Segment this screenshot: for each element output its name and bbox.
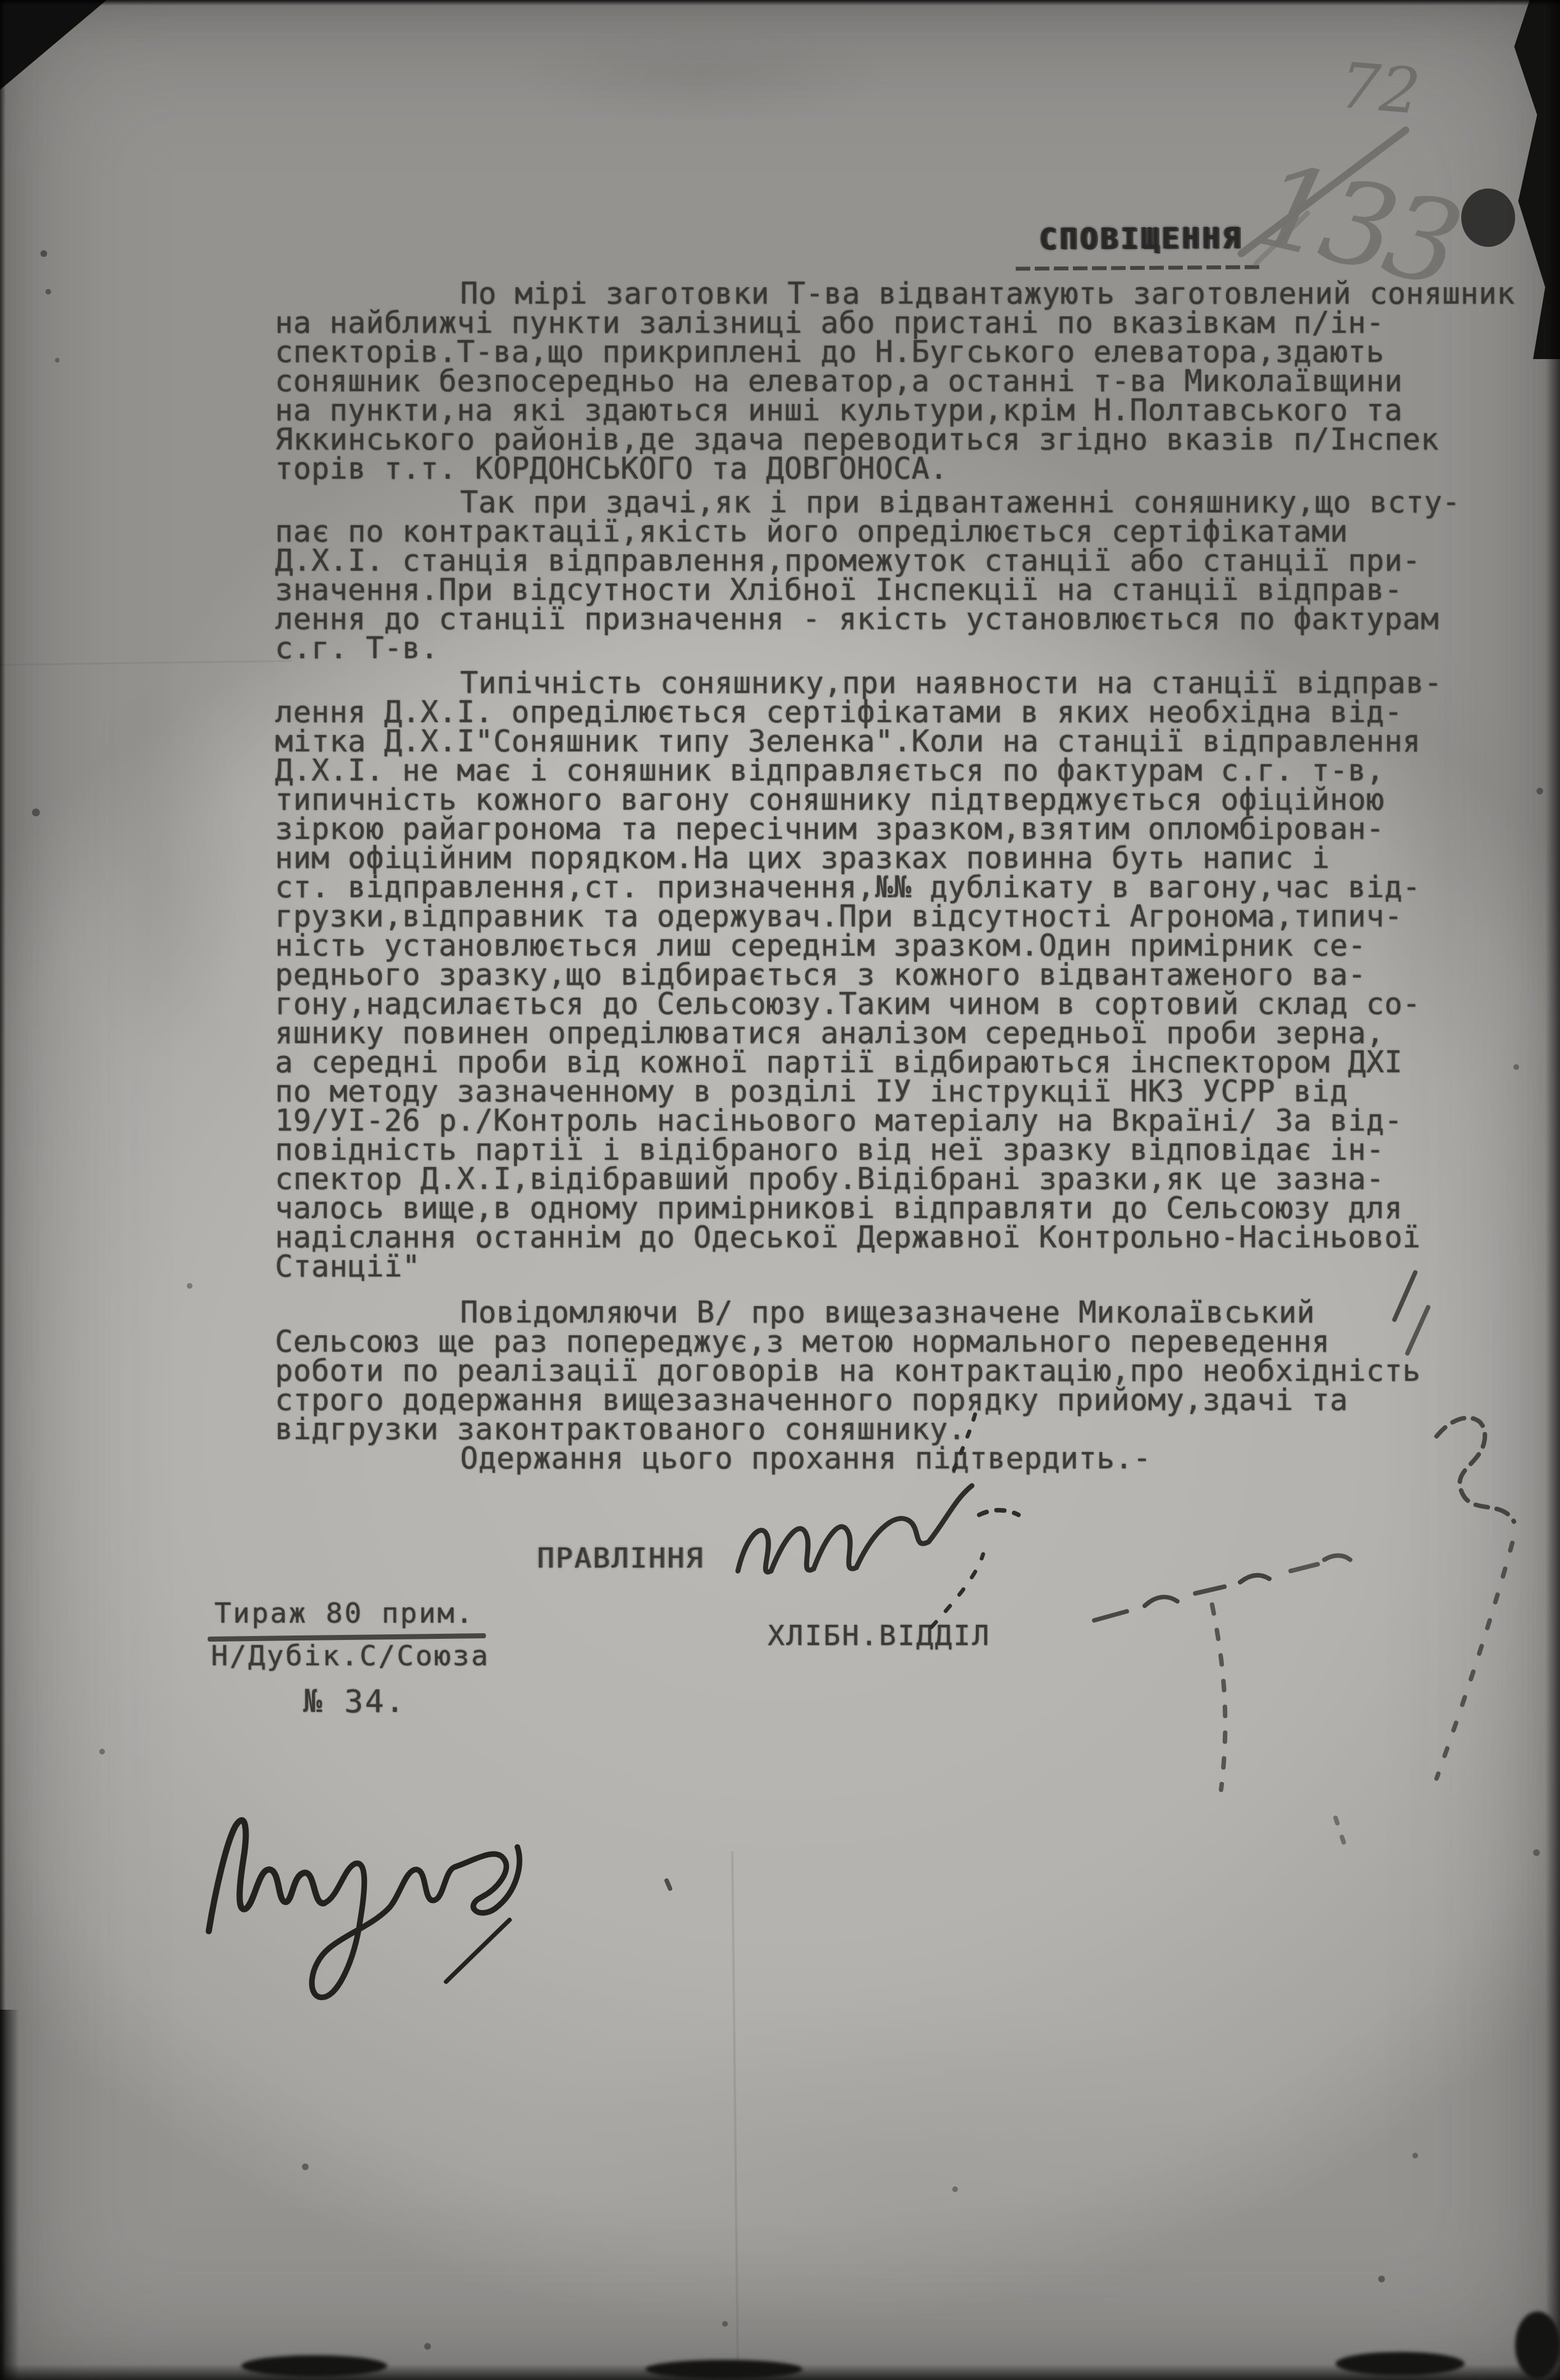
scan-blob <box>645 2360 802 2379</box>
body-line: По мірі заготовки Т-ва відвантажують заг… <box>275 279 1465 309</box>
body-line: гону,надсилається до Сельсоюзу.Таким чин… <box>275 990 1465 1019</box>
scan-blob <box>241 2355 387 2377</box>
body-line: повідність партії і відібраного від неї … <box>275 1136 1465 1165</box>
paragraph: Типічність соняшнику,при наявности на ст… <box>275 669 1465 1281</box>
body-line: Станції" <box>275 1252 1465 1281</box>
scan-edge-right <box>1545 0 1560 2380</box>
paragraph: Повідомляючи В/ про вищезазначене Микола… <box>275 1298 1465 1473</box>
body-line: с.г. Т-в. <box>275 634 1465 663</box>
scan-blob <box>1336 2352 1465 2376</box>
body-line: яшнику повинен опреділюватися аналізом с… <box>275 1019 1465 1048</box>
body-text: По мірі заготовки Т-ва відвантажують заг… <box>275 279 1465 1473</box>
body-line: Д.Х.І. не має і соняшник відправляється … <box>275 756 1465 785</box>
body-line: спектор Д.Х.І,відібравший пробу.Відібран… <box>275 1165 1465 1194</box>
body-line: Повідомляючи В/ про вищезазначене Микола… <box>275 1298 1465 1327</box>
body-line: Так при здачі,як і при відвантаженні сон… <box>275 488 1465 517</box>
body-line: ним офіційним порядком.На цих зразках по… <box>275 844 1465 873</box>
paragraph: По мірі заготовки Т-ва відвантажують заг… <box>275 279 1465 484</box>
body-line: на пункти,на які здаються инші культури,… <box>275 396 1465 425</box>
body-line: строго додержання вищезазначенного поряд… <box>275 1386 1465 1415</box>
paragraph: Так при здачі,як і при відвантаженні сон… <box>275 488 1465 663</box>
body-line: 19/УІ-26 р./Контроль насіньового матеріа… <box>275 1106 1465 1136</box>
body-line: Сельсоюз ще раз попереджує,з метою норма… <box>275 1327 1465 1357</box>
body-line: мітка Д.Х.І"Соняшник типу Зеленка".Коли … <box>275 727 1465 756</box>
body-line: лення до станції призначення - якість ус… <box>275 605 1465 634</box>
body-line: відгрузки законтрактованого соняшнику. <box>275 1415 1465 1444</box>
body-line: торів т.т. КОРДОНСЬКОГО та ДОВГОНОСА. <box>275 454 1465 484</box>
body-line: Яккинського районів,де здача переводитьс… <box>275 425 1465 454</box>
body-line: грузки,відправник та одержувач.При відсу… <box>275 902 1465 931</box>
scan-blob <box>1515 2312 1560 2379</box>
body-line: соняшник безпосередньо на елеватор,а ост… <box>275 367 1465 396</box>
body-line: типичність кожного вагону соняшнику підт… <box>275 785 1465 815</box>
body-line: Типічність соняшнику,при наявности на ст… <box>275 669 1465 698</box>
body-line: а середні проби від кожної партії відбир… <box>275 1048 1465 1077</box>
scanned-document-page: { "document": { "pencil_marks": { "top_p… <box>0 0 1560 2380</box>
body-line: чалось вище,в одному примірникові відпра… <box>275 1194 1465 1223</box>
board-label: ПРАВЛІННЯ <box>537 1542 704 1574</box>
body-line: спекторів.Т-ва,що прикриплені до Н.Бугсь… <box>275 338 1465 367</box>
body-line: зіркою райагронома та пересічним зразком… <box>275 815 1465 844</box>
body-line: ст. відправлення,ст. призначення,№№ дубл… <box>275 873 1465 902</box>
copy-number: № 34. <box>303 1683 406 1720</box>
scan-edge-bottomleft <box>0 2010 19 2380</box>
body-line: Одержання цього прохання підтвердить.- <box>275 1444 1465 1473</box>
body-line: пає по контрактації,якість його опреділю… <box>275 517 1465 546</box>
body-line: надіслання останнім до Одеської Державно… <box>275 1223 1465 1252</box>
body-line: роботи по реалізації договорів на контра… <box>275 1357 1465 1386</box>
scan-edge-top <box>0 0 1560 6</box>
body-line: Д.Х.І. станція відправлення,промежуток с… <box>275 546 1465 576</box>
body-line: ність установлюється лиш середнім зразко… <box>275 931 1465 961</box>
body-line: реднього зразку,що відбирається з кожног… <box>275 961 1465 990</box>
circulation-line: Тираж 80 прим. <box>214 1597 474 1629</box>
body-line: лення Д.Х.І. опреділюється сертіфікатами… <box>275 698 1465 727</box>
department-label: ХЛІБН.ВІДДІЛ <box>768 1619 990 1652</box>
body-line: на найближчі пункти залізниці або приста… <box>275 309 1465 338</box>
document-title: СПОВІЩЕННЯ <box>1039 222 1243 256</box>
typist-line: Н/Дубік.С/Союза <box>211 1639 490 1672</box>
body-line: значення.При відсутности Хлібної Інспекц… <box>275 576 1465 605</box>
body-line: по методу зазначенному в розділі ІУ інст… <box>275 1077 1465 1106</box>
